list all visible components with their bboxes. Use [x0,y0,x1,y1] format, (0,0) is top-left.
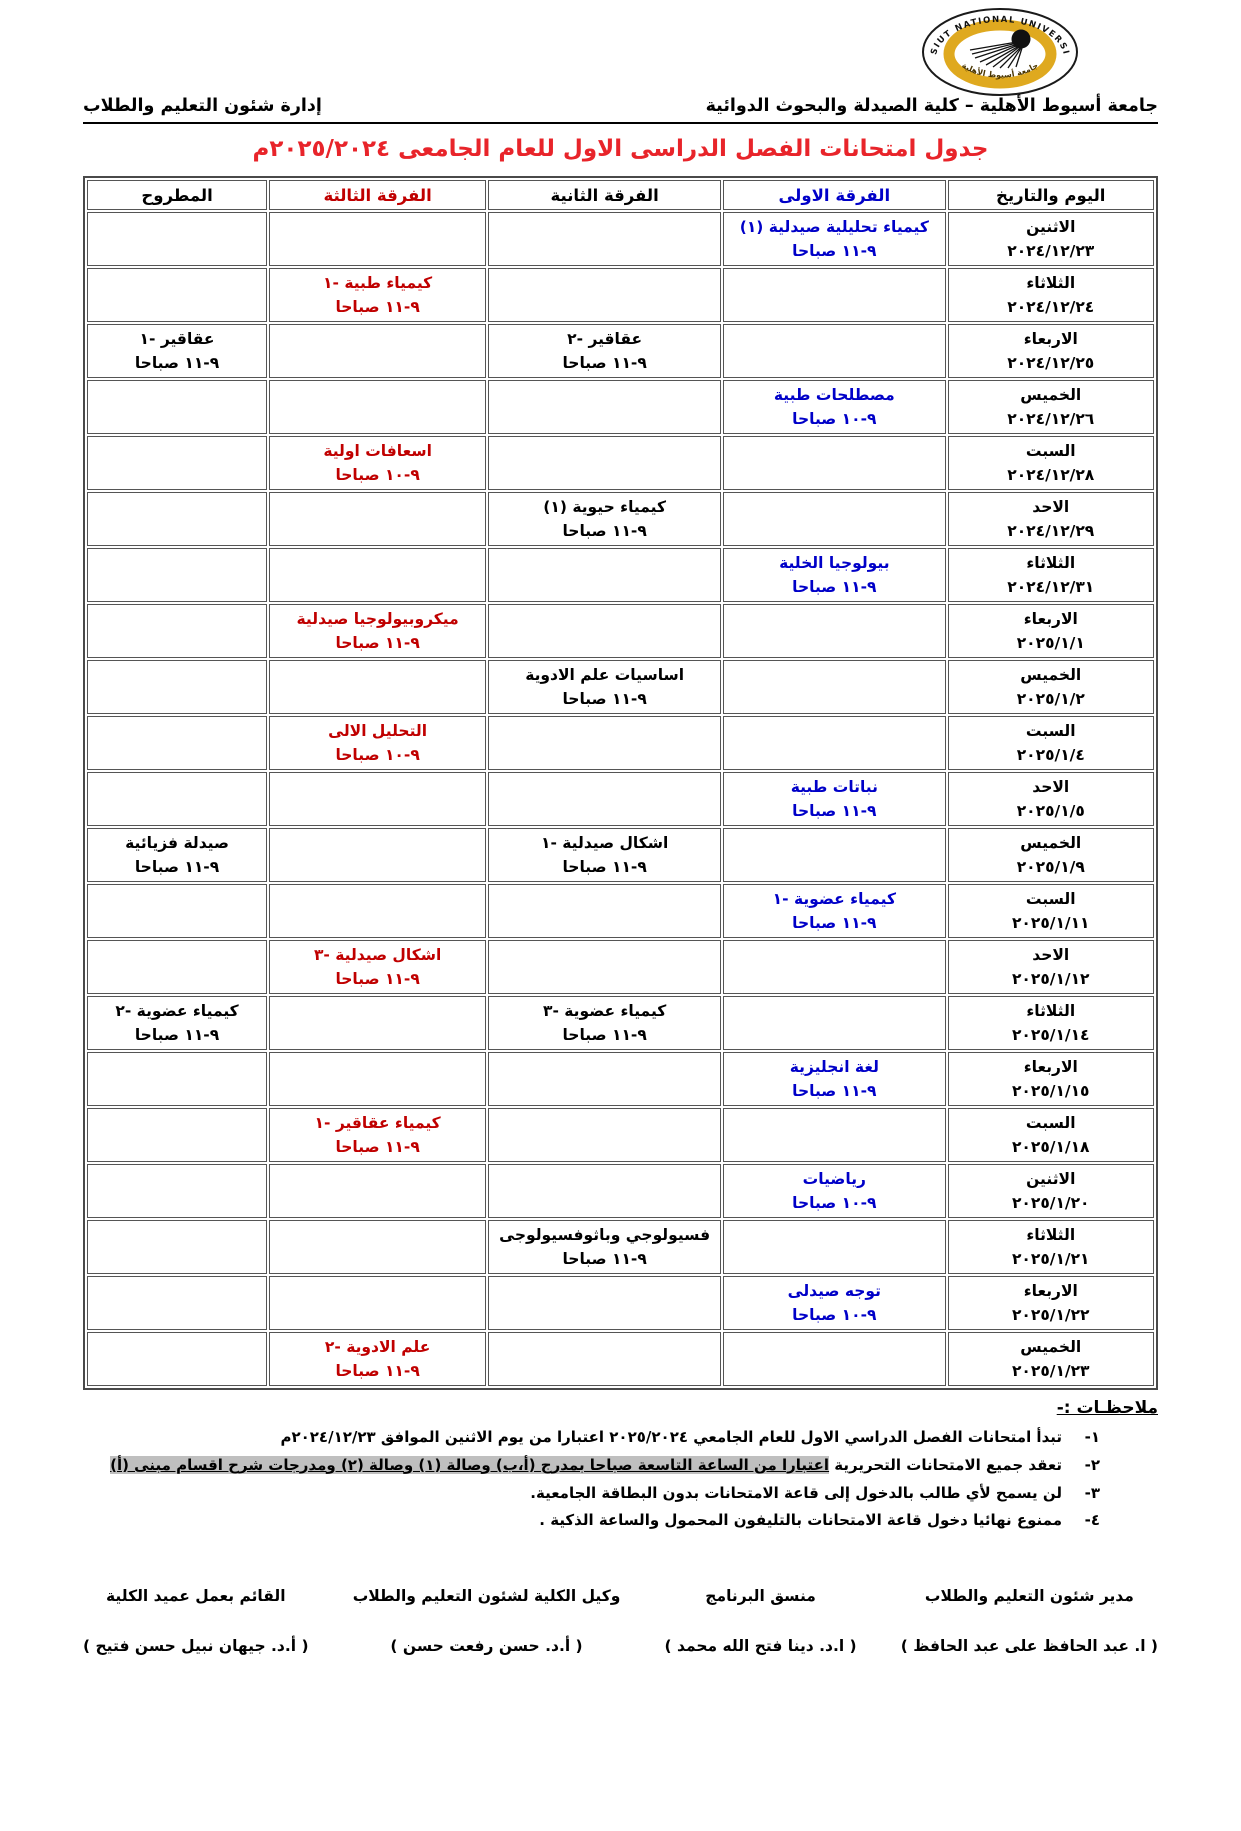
signature-block: منسق البرنامج( ا.د. دينا فتح الله محمد ) [665,1587,857,1655]
day-name: الثلاثاء [952,551,1151,575]
subject-name: اشكال صيدلية -١ [492,831,717,855]
cell-y2: اشكال صيدلية -١٩-١١ صباحا [488,828,721,882]
cell-offered [87,1220,267,1274]
page-title: جدول امتحانات الفصل الدراسى الاول للعام … [83,136,1158,162]
date-value: ٢٠٢٥/١/١٤ [952,1023,1151,1047]
note-text: تعقد جميع الامتحانات التحريرية اعتبارا م… [110,1452,1062,1480]
signature-name: ( ا.د. دينا فتح الله محمد ) [665,1637,857,1655]
table-row: الاثنين٢٠٢٥/١/٢٠رياضيات٩-١٠ صباحا [87,1164,1154,1218]
note-item: ٤-ممنوع نهائيا دخول قاعة الامتحانات بالت… [83,1507,1158,1535]
cell-y2 [488,884,721,938]
cell-y1 [723,1332,945,1386]
cell-day-date: الخميس٢٠٢٥/١/٩ [948,828,1155,882]
cell-y2: فسيولوجي وباثوفسيولوجى٩-١١ صباحا [488,1220,721,1274]
note-number: ١- [1078,1424,1100,1452]
cell-offered [87,1276,267,1330]
cell-day-date: الخميس٢٠٢٥/١/٢ [948,660,1155,714]
column-header-offered: المطروح [87,180,267,210]
date-value: ٢٠٢٥/١/٢٢ [952,1303,1151,1327]
cell-day-date: الاثنين٢٠٢٤/١٢/٢٣ [948,212,1155,266]
exam-time: ٩-١٠ صباحا [727,407,941,431]
cell-day-date: السبت٢٠٢٥/١/١٨ [948,1108,1155,1162]
note-plain-text: ممنوع نهائيا دخول قاعة الامتحانات بالتلي… [539,1511,1062,1529]
cell-y3: كيمياء عقاقير -١٩-١١ صباحا [269,1108,486,1162]
document-header: ASSIUT NATIONAL UNIVERSITY جامعة أسيوط ا… [83,0,1158,124]
exam-time: ٩-١١ صباحا [492,1247,717,1271]
document-page: { "colors": { "title_red": "#e8242a", "f… [0,0,1241,1831]
cell-y3: التحليل الالى٩-١٠ صباحا [269,716,486,770]
exam-time: ٩-١١ صباحا [91,351,263,375]
date-value: ٢٠٢٥/١/١ [952,631,1151,655]
column-header-date: اليوم والتاريخ [948,180,1155,210]
cell-day-date: الاحد٢٠٢٥/١/١٢ [948,940,1155,994]
note-text: ممنوع نهائيا دخول قاعة الامتحانات بالتلي… [539,1507,1062,1535]
signature-title: مدير شئون التعليم والطلاب [901,1587,1158,1605]
table-row: الاربعاء٢٠٢٥/١/١٥لغة انجليزية٩-١١ صباحا [87,1052,1154,1106]
cell-y3: علم الادوية -٢٩-١١ صباحا [269,1332,486,1386]
exam-time: ٩-١١ صباحا [727,575,941,599]
cell-y2 [488,268,721,322]
cell-day-date: السبت٢٠٢٤/١٢/٢٨ [948,436,1155,490]
cell-y3 [269,324,486,378]
exam-time: ٩-١١ صباحا [492,1023,717,1047]
subject-name: اشكال صيدلية -٣ [273,943,482,967]
cell-y2 [488,548,721,602]
exam-schedule-table: اليوم والتاريخ الفرقة الاولى الفرقة الثا… [83,176,1158,1390]
exam-time: ٩-١١ صباحا [492,519,717,543]
day-name: الاحد [952,775,1151,799]
cell-y2 [488,212,721,266]
exam-time: ٩-١١ صباحا [492,687,717,711]
subject-name: كيمياء عقاقير -١ [273,1111,482,1135]
cell-y3 [269,996,486,1050]
cell-y1 [723,324,945,378]
table-row: الخميس٢٠٢٥/١/٩اشكال صيدلية -١٩-١١ صباحاص… [87,828,1154,882]
exam-time: ٩-١١ صباحا [273,295,482,319]
exam-time: ٩-١١ صباحا [727,239,941,263]
cell-y1 [723,436,945,490]
exam-time: ٩-١١ صباحا [492,351,717,375]
cell-offered [87,1332,267,1386]
table-header-row: اليوم والتاريخ الفرقة الاولى الفرقة الثا… [87,180,1154,210]
cell-y1: كيمياء عضوية -١٩-١١ صباحا [723,884,945,938]
signature-block: وكيل الكلية لشئون التعليم والطلاب( أ.د. … [353,1587,621,1655]
subject-name: كيمياء عضوية -٣ [492,999,717,1023]
signature-name: ( أ.د. جيهان نبيل حسن فتيح ) [83,1637,309,1655]
org-name-left: إدارة شئون التعليم والطلاب [83,96,322,116]
date-value: ٢٠٢٥/١/٢١ [952,1247,1151,1271]
date-value: ٢٠٢٤/١٢/٢٦ [952,407,1151,431]
table-row: الخميس٢٠٢٥/١/٢٣علم الادوية -٢٩-١١ صباحا [87,1332,1154,1386]
date-value: ٢٠٢٥/١/٢٣ [952,1359,1151,1383]
subject-name: عقاقير -٢ [492,327,717,351]
date-value: ٢٠٢٥/١/١١ [952,911,1151,935]
cell-y3 [269,212,486,266]
subject-name: لغة انجليزية [727,1055,941,1079]
column-header-year2: الفرقة الثانية [488,180,721,210]
table-row: الخميس٢٠٢٥/١/٢اساسيات علم الادوية٩-١١ صب… [87,660,1154,714]
signature-title: وكيل الكلية لشئون التعليم والطلاب [353,1587,621,1605]
date-value: ٢٠٢٥/١/٩ [952,855,1151,879]
note-text: لن يسمح لأي طالب بالدخول إلى قاعة الامتح… [530,1480,1062,1508]
table-row: الثلاثاء٢٠٢٥/١/١٤كيمياء عضوية -٣٩-١١ صبا… [87,996,1154,1050]
cell-y3: اسعافات اولية٩-١٠ صباحا [269,436,486,490]
note-number: ٢- [1078,1452,1100,1480]
cell-day-date: الثلاثاء٢٠٢٤/١٢/٣١ [948,548,1155,602]
cell-offered [87,940,267,994]
cell-y1 [723,996,945,1050]
cell-y3 [269,1276,486,1330]
cell-y1 [723,604,945,658]
date-value: ٢٠٢٤/١٢/٢٣ [952,239,1151,263]
cell-day-date: الاحد٢٠٢٤/١٢/٢٩ [948,492,1155,546]
signature-title: القائم بعمل عميد الكلية [83,1587,309,1605]
cell-y1 [723,492,945,546]
cell-offered [87,716,267,770]
table-row: الاحد٢٠٢٤/١٢/٢٩كيمياء حيوية (١)٩-١١ صباح… [87,492,1154,546]
cell-day-date: السبت٢٠٢٥/١/١١ [948,884,1155,938]
cell-day-date: الخميس٢٠٢٤/١٢/٢٦ [948,380,1155,434]
cell-y3 [269,884,486,938]
day-name: السبت [952,719,1151,743]
date-value: ٢٠٢٤/١٢/٣١ [952,575,1151,599]
day-name: الثلاثاء [952,999,1151,1023]
subject-name: رياضيات [727,1167,941,1191]
cell-offered [87,492,267,546]
cell-day-date: الاثنين٢٠٢٥/١/٢٠ [948,1164,1155,1218]
date-value: ٢٠٢٥/١/١٢ [952,967,1151,991]
cell-y2: كيمياء عضوية -٣٩-١١ صباحا [488,996,721,1050]
subject-name: اسعافات اولية [273,439,482,463]
date-value: ٢٠٢٥/١/٢٠ [952,1191,1151,1215]
cell-offered [87,1164,267,1218]
exam-time: ٩-١١ صباحا [273,631,482,655]
day-name: الاربعاء [952,607,1151,631]
date-value: ٢٠٢٥/١/٥ [952,799,1151,823]
cell-y2 [488,716,721,770]
subject-name: التحليل الالى [273,719,482,743]
cell-offered [87,436,267,490]
exam-time: ٩-١١ صباحا [727,1079,941,1103]
cell-y1: مصطلحات طبية٩-١٠ صباحا [723,380,945,434]
day-name: الاربعاء [952,327,1151,351]
cell-y3 [269,772,486,826]
cell-day-date: الاربعاء٢٠٢٥/١/١ [948,604,1155,658]
cell-y1: رياضيات٩-١٠ صباحا [723,1164,945,1218]
cell-y2 [488,1332,721,1386]
university-logo: ASSIUT NATIONAL UNIVERSITY جامعة أسيوط ا… [920,6,1080,98]
cell-offered [87,380,267,434]
cell-y1: بيولوجيا الخلية٩-١١ صباحا [723,548,945,602]
table-row: الثلاثاء٢٠٢٤/١٢/٢٤كيمياء طبية -١٩-١١ صبا… [87,268,1154,322]
exam-time: ٩-١١ صباحا [273,1359,482,1383]
day-name: الثلاثاء [952,271,1151,295]
day-name: الاثنين [952,1167,1151,1191]
day-name: الاثنين [952,215,1151,239]
exam-time: ٩-١١ صباحا [492,855,717,879]
cell-y3 [269,380,486,434]
university-seal-icon: ASSIUT NATIONAL UNIVERSITY جامعة أسيوط ا… [920,6,1080,98]
note-text: تبدأ امتحانات الفصل الدراسي الاول للعام … [280,1424,1062,1452]
subject-name: مصطلحات طبية [727,383,941,407]
table-row: السبت٢٠٢٥/١/١٨كيمياء عقاقير -١٩-١١ صباحا [87,1108,1154,1162]
note-item: ٣-لن يسمح لأي طالب بالدخول إلى قاعة الام… [83,1480,1158,1508]
cell-day-date: الاربعاء٢٠٢٤/١٢/٢٥ [948,324,1155,378]
cell-y2 [488,940,721,994]
cell-day-date: الثلاثاء٢٠٢٤/١٢/٢٤ [948,268,1155,322]
notes-section: ملاحظـات :- ١-تبدأ امتحانات الفصل الدراس… [83,1398,1158,1535]
cell-y1 [723,660,945,714]
cell-y1 [723,716,945,770]
cell-day-date: الخميس٢٠٢٥/١/٢٣ [948,1332,1155,1386]
table-row: السبت٢٠٢٥/١/٤التحليل الالى٩-١٠ صباحا [87,716,1154,770]
subject-name: كيمياء تحليلية صيدلية (١) [727,215,941,239]
cell-offered: عقاقير -١٩-١١ صباحا [87,324,267,378]
signatures-row: مدير شئون التعليم والطلاب( ا. عبد الحافظ… [83,1587,1158,1655]
day-name: الخميس [952,383,1151,407]
table-row: الثلاثاء٢٠٢٤/١٢/٣١بيولوجيا الخلية٩-١١ صب… [87,548,1154,602]
note-plain-text: تبدأ امتحانات الفصل الدراسي الاول للعام … [280,1428,1062,1446]
cell-offered: صيدلة فزيائية٩-١١ صباحا [87,828,267,882]
cell-y3: اشكال صيدلية -٣٩-١١ صباحا [269,940,486,994]
cell-offered [87,772,267,826]
date-value: ٢٠٢٥/١/١٥ [952,1079,1151,1103]
cell-day-date: الثلاثاء٢٠٢٥/١/١٤ [948,996,1155,1050]
exam-time: ٩-١١ صباحا [273,1135,482,1159]
cell-y2 [488,604,721,658]
subject-name: علم الادوية -٢ [273,1335,482,1359]
cell-offered [87,548,267,602]
date-value: ٢٠٢٤/١٢/٢٩ [952,519,1151,543]
note-plain-text: تعقد جميع الامتحانات التحريرية [829,1456,1062,1474]
cell-y1 [723,828,945,882]
cell-y1: كيمياء تحليلية صيدلية (١)٩-١١ صباحا [723,212,945,266]
cell-day-date: الاحد٢٠٢٥/١/٥ [948,772,1155,826]
exam-time: ٩-١١ صباحا [273,967,482,991]
signature-name: ( ا. عبد الحافظ على عبد الحافظ ) [901,1637,1158,1655]
cell-day-date: السبت٢٠٢٥/١/٤ [948,716,1155,770]
subject-name: كيمياء عضوية -٢ [91,999,263,1023]
cell-offered [87,660,267,714]
subject-name: نباتات طبية [727,775,941,799]
signature-block: القائم بعمل عميد الكلية( أ.د. جيهان نبيل… [83,1587,309,1655]
note-number: ٣- [1078,1480,1100,1508]
subject-name: عقاقير -١ [91,327,263,351]
signature-title: منسق البرنامج [665,1587,857,1605]
cell-y2 [488,1052,721,1106]
cell-y1: توجه صيدلى٩-١٠ صباحا [723,1276,945,1330]
table-row: الاحد٢٠٢٥/١/١٢اشكال صيدلية -٣٩-١١ صباحا [87,940,1154,994]
cell-offered [87,884,267,938]
cell-offered [87,1108,267,1162]
cell-y2 [488,1164,721,1218]
cell-y1: لغة انجليزية٩-١١ صباحا [723,1052,945,1106]
cell-y2: عقاقير -٢٩-١١ صباحا [488,324,721,378]
day-name: السبت [952,887,1151,911]
table-row: الاربعاء٢٠٢٥/١/٢٢توجه صيدلى٩-١٠ صباحا [87,1276,1154,1330]
cell-y2 [488,1276,721,1330]
cell-y1 [723,1220,945,1274]
notes-heading: ملاحظـات :- [1057,1398,1158,1418]
cell-y2 [488,380,721,434]
cell-y2: اساسيات علم الادوية٩-١١ صباحا [488,660,721,714]
exam-time: ٩-١٠ صباحا [727,1303,941,1327]
cell-y3 [269,1052,486,1106]
day-name: الاحد [952,943,1151,967]
cell-y3: ميكروبيولوجيا صيدلية٩-١١ صباحا [269,604,486,658]
table-row: السبت٢٠٢٥/١/١١كيمياء عضوية -١٩-١١ صباحا [87,884,1154,938]
date-value: ٢٠٢٥/١/٢ [952,687,1151,711]
cell-y1: نباتات طبية٩-١١ صباحا [723,772,945,826]
day-name: السبت [952,1111,1151,1135]
note-number: ٤- [1078,1507,1100,1535]
cell-y3 [269,492,486,546]
note-item: ٢-تعقد جميع الامتحانات التحريرية اعتبارا… [83,1452,1158,1480]
note-highlighted-text: اعتبارا من الساعة التاسعة صباحا بمدرج (أ… [110,1456,829,1474]
cell-y2 [488,772,721,826]
cell-offered: كيمياء عضوية -٢٩-١١ صباحا [87,996,267,1050]
date-value: ٢٠٢٥/١/٤ [952,743,1151,767]
date-value: ٢٠٢٥/١/١٨ [952,1135,1151,1159]
day-name: الخميس [952,1335,1151,1359]
subject-name: اساسيات علم الادوية [492,663,717,687]
exam-time: ٩-١٠ صباحا [273,463,482,487]
subject-name: فسيولوجي وباثوفسيولوجى [492,1223,717,1247]
day-name: الاربعاء [952,1055,1151,1079]
signature-block: مدير شئون التعليم والطلاب( ا. عبد الحافظ… [901,1587,1158,1655]
note-plain-text: لن يسمح لأي طالب بالدخول إلى قاعة الامتح… [530,1484,1062,1502]
day-name: الثلاثاء [952,1223,1151,1247]
cell-y1 [723,940,945,994]
table-row: السبت٢٠٢٤/١٢/٢٨اسعافات اولية٩-١٠ صباحا [87,436,1154,490]
subject-name: كيمياء حيوية (١) [492,495,717,519]
day-name: الاحد [952,495,1151,519]
table-row: الاربعاء٢٠٢٤/١٢/٢٥عقاقير -٢٩-١١ صباحاعقا… [87,324,1154,378]
column-header-year3: الفرقة الثالثة [269,180,486,210]
exam-time: ٩-١١ صباحا [727,911,941,935]
subject-name: توجه صيدلى [727,1279,941,1303]
exam-time: ٩-١٠ صباحا [273,743,482,767]
cell-y2 [488,1108,721,1162]
cell-offered [87,268,267,322]
cell-offered [87,212,267,266]
date-value: ٢٠٢٤/١٢/٢٤ [952,295,1151,319]
subject-name: ميكروبيولوجيا صيدلية [273,607,482,631]
subject-name: بيولوجيا الخلية [727,551,941,575]
day-name: الاربعاء [952,1279,1151,1303]
cell-y1 [723,268,945,322]
cell-offered [87,604,267,658]
signature-name: ( أ.د. حسن رفعت حسن ) [353,1637,621,1655]
subject-name: صيدلة فزيائية [91,831,263,855]
exam-time: ٩-١١ صباحا [727,799,941,823]
cell-y3 [269,660,486,714]
exam-time: ٩-١٠ صباحا [727,1191,941,1215]
subject-name: كيمياء عضوية -١ [727,887,941,911]
cell-y2: كيمياء حيوية (١)٩-١١ صباحا [488,492,721,546]
cell-y3 [269,1164,486,1218]
day-name: الخميس [952,831,1151,855]
org-name-right: جامعة أسيوط الأهلية – كلية الصيدلة والبح… [706,96,1158,116]
cell-day-date: الاربعاء٢٠٢٥/١/٢٢ [948,1276,1155,1330]
day-name: الخميس [952,663,1151,687]
exam-time: ٩-١١ صباحا [91,855,263,879]
column-header-year1: الفرقة الاولى [723,180,945,210]
exam-time: ٩-١١ صباحا [91,1023,263,1047]
note-item: ١-تبدأ امتحانات الفصل الدراسي الاول للعا… [83,1424,1158,1452]
table-row: الثلاثاء٢٠٢٥/١/٢١فسيولوجي وباثوفسيولوجى٩… [87,1220,1154,1274]
table-row: الاحد٢٠٢٥/١/٥نباتات طبية٩-١١ صباحا [87,772,1154,826]
cell-y3 [269,548,486,602]
date-value: ٢٠٢٤/١٢/٢٥ [952,351,1151,375]
cell-day-date: الثلاثاء٢٠٢٥/١/٢١ [948,1220,1155,1274]
cell-offered [87,1052,267,1106]
cell-y2 [488,436,721,490]
table-row: الاثنين٢٠٢٤/١٢/٢٣كيمياء تحليلية صيدلية (… [87,212,1154,266]
cell-y1 [723,1108,945,1162]
cell-y3 [269,828,486,882]
cell-y3: كيمياء طبية -١٩-١١ صباحا [269,268,486,322]
subject-name: كيمياء طبية -١ [273,271,482,295]
table-row: الخميس٢٠٢٤/١٢/٢٦مصطلحات طبية٩-١٠ صباحا [87,380,1154,434]
date-value: ٢٠٢٤/١٢/٢٨ [952,463,1151,487]
table-row: الاربعاء٢٠٢٥/١/١ميكروبيولوجيا صيدلية٩-١١… [87,604,1154,658]
cell-y3 [269,1220,486,1274]
cell-day-date: الاربعاء٢٠٢٥/١/١٥ [948,1052,1155,1106]
day-name: السبت [952,439,1151,463]
